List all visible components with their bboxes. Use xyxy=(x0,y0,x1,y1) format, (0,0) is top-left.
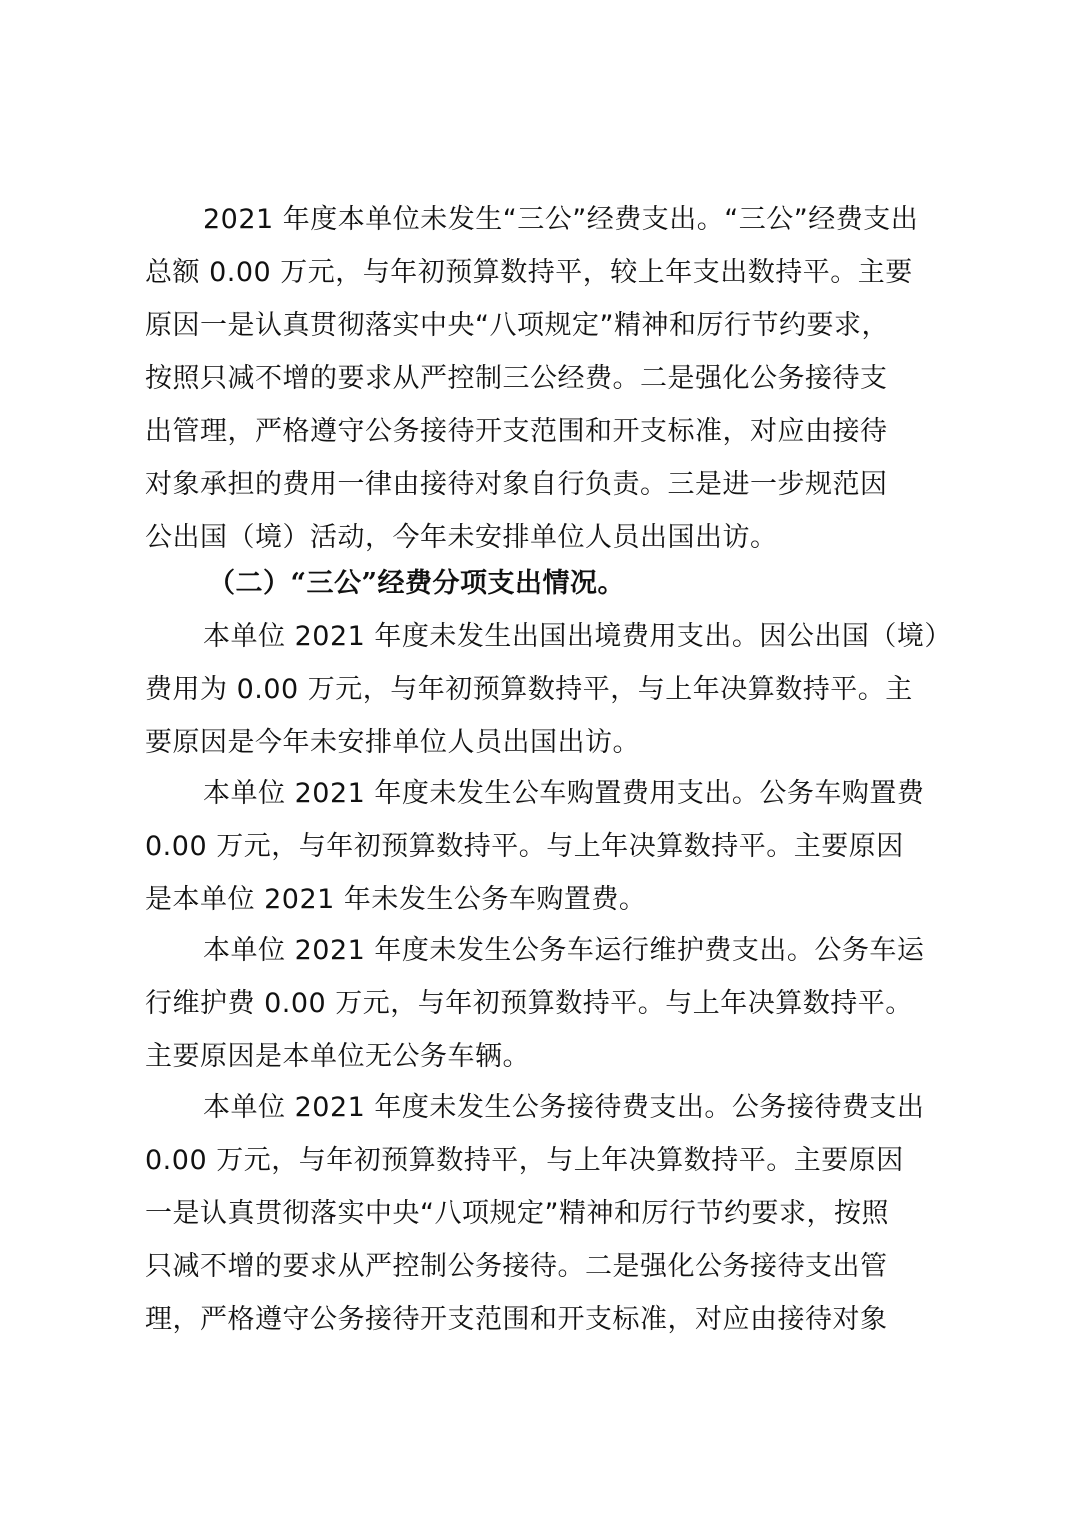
paragraph-3-line-2: 0.00 万元，与年初预算数持平。与上年决算数持平。主要原因 xyxy=(145,829,904,865)
paragraph-5-line-1: 本单位 2021 年度未发生公务接待费支出。公务接待费支出 xyxy=(203,1090,924,1126)
paragraph-2-line-3: 要原因是今年未安排单位人员出国出访。 xyxy=(145,725,640,761)
paragraph-1-line-2: 总额 0.00 万元，与年初预算数持平，较上年支出数持平。主要 xyxy=(145,255,913,291)
paragraph-4-line-2: 行维护费 0.00 万元，与年初预算数持平。与上年决算数持平。 xyxy=(145,986,913,1022)
paragraph-1-line-7: 公出国（境）活动，今年未安排单位人员出国出访。 xyxy=(145,520,778,556)
paragraph-1-line-5: 出管理，严格遵守公务接待开支范围和开支标准，对应由接待 xyxy=(145,414,888,450)
paragraph-3-line-1: 本单位 2021 年度未发生公车购置费用支出。公务车购置费 xyxy=(203,776,924,812)
paragraph-3-line-3: 是本单位 2021 年未发生公务车购置费。 xyxy=(145,882,646,918)
paragraph-1-line-1: 2021 年度本单位未发生“三公”经费支出。“三公”经费支出 xyxy=(203,202,918,238)
paragraph-1-line-6: 对象承担的费用一律由接待对象自行负责。三是进一步规范因 xyxy=(145,467,888,503)
paragraph-5-line-3: 一是认真贯彻落实中央“八项规定”精神和厉行节约要求，按照 xyxy=(145,1196,889,1232)
paragraph-5-line-5: 理，严格遵守公务接待开支范围和开支标准，对应由接待对象 xyxy=(145,1302,888,1338)
section-heading: （二）“三公”经费分项支出情况。 xyxy=(208,566,625,602)
paragraph-4-line-3: 主要原因是本单位无公务车辆。 xyxy=(145,1039,530,1075)
paragraph-2-line-1: 本单位 2021 年度未发生出国出境费用支出。因公出国（境） xyxy=(203,619,952,655)
paragraph-5-line-2: 0.00 万元，与年初预算数持平，与上年决算数持平。主要原因 xyxy=(145,1143,904,1179)
paragraph-1-line-4: 按照只减不增的要求从严控制三公经费。二是强化公务接待支 xyxy=(145,361,888,397)
paragraph-2-line-2: 费用为 0.00 万元，与年初预算数持平，与上年决算数持平。主 xyxy=(145,672,913,708)
paragraph-4-line-1: 本单位 2021 年度未发生公务车运行维护费支出。公务车运 xyxy=(203,933,924,969)
paragraph-1-line-3: 原因一是认真贯彻落实中央“八项规定”精神和厉行节约要求， xyxy=(145,308,889,344)
paragraph-5-line-4: 只减不增的要求从严控制公务接待。二是强化公务接待支出管 xyxy=(145,1249,888,1285)
document-page: 2021 年度本单位未发生“三公”经费支出。“三公”经费支出 总额 0.00 万… xyxy=(0,0,1075,1521)
